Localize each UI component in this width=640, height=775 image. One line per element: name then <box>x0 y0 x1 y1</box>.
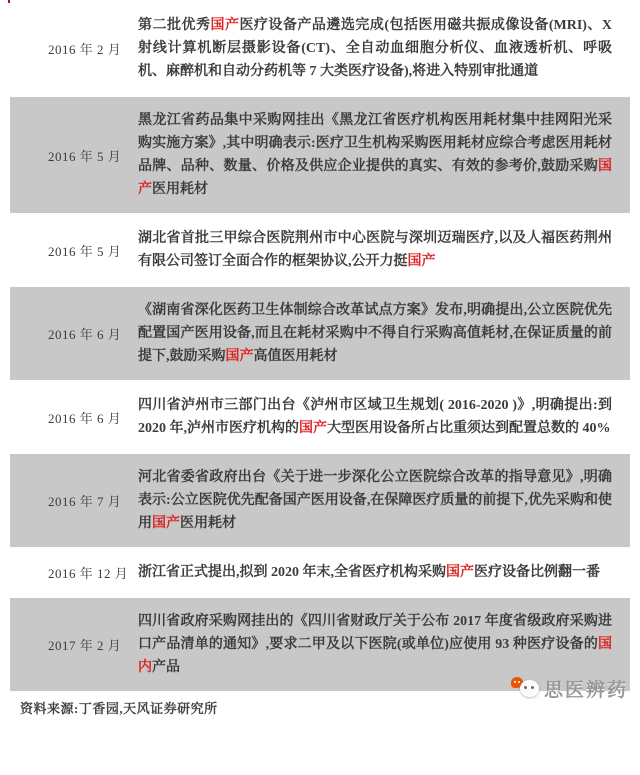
watermark-badge: 思医辨药 <box>510 675 628 702</box>
row-text-segment: 《湖南省深化医药卫生体制综合改革试点方案》发布,明确提出,公立医院优先配置国产医… <box>138 303 612 364</box>
timeline-row-2: 2016 年 5 月 黑龙江省药品集中采购网挂出《黑龙江省医疗机构医用耗材集中挂… <box>10 97 630 213</box>
row-text-segment: 浙江省正式提出,拟到 2020 年末,全省医疗机构采购 <box>138 565 446 580</box>
row-text-segment: 大型医用设备所占比重须达到配置总数的 40% <box>327 421 611 436</box>
row-text-segment: 医用耗材 <box>152 182 208 197</box>
row-text-segment: 医用耗材 <box>180 516 236 531</box>
row-text: 河北省委省政府出台《关于进一步深化公立医院综合改革的指导意见》,明确表示:公立医… <box>138 466 630 535</box>
timeline-row-1: 2016 年 2 月 第二批优秀国产医疗设备产品遴选完成(包括医用磁共振成像设备… <box>10 0 630 97</box>
row-text: 四川省政府采购网挂出的《四川省财政厅关于公布 2017 年度省级政府采购进口产品… <box>138 610 630 679</box>
row-date: 2016 年 5 月 <box>10 227 138 273</box>
highlight-domestic-term: 国产 <box>210 18 239 33</box>
timeline-row-3: 2016 年 5 月 湖北省首批三甲综合医院荆州市中心医院与深圳迈瑞医疗,以及人… <box>10 213 630 287</box>
highlight-domestic-term: 国产 <box>152 516 180 531</box>
row-date: 2016 年 7 月 <box>10 466 138 535</box>
row-text: 《湖南省深化医药卫生体制综合改革试点方案》发布,明确提出,公立医院优先配置国产医… <box>138 299 630 368</box>
row-date: 2016 年 6 月 <box>10 299 138 368</box>
watermark-label: 思医辨药 <box>544 675 628 702</box>
row-text: 黑龙江省药品集中采购网挂出《黑龙江省医疗机构医用耗材集中挂网阳光采购实施方案》,… <box>138 109 630 201</box>
row-text: 湖北省首批三甲综合医院荆州市中心医院与深圳迈瑞医疗,以及人福医药荆州有限公司签订… <box>138 227 630 273</box>
row-text-segment: 医疗设备比例翻一番 <box>474 565 600 580</box>
row-text: 浙江省正式提出,拟到 2020 年末,全省医疗机构采购国产医疗设备比例翻一番 <box>138 561 630 584</box>
timeline-row-4: 2016 年 6 月 《湖南省深化医药卫生体制综合改革试点方案》发布,明确提出,… <box>10 287 630 380</box>
row-date: 2016 年 12 月 <box>10 561 138 584</box>
highlight-domestic-term: 国产 <box>299 421 327 436</box>
row-date: 2016 年 2 月 <box>10 14 138 83</box>
row-text-segment: 高值医用耗材 <box>254 349 338 364</box>
highlight-domestic-term: 国产 <box>408 254 436 269</box>
row-date: 2016 年 6 月 <box>10 394 138 440</box>
highlight-domestic-term: 国产 <box>226 349 254 364</box>
row-text-segment: 湖北省首批三甲综合医院荆州市中心医院与深圳迈瑞医疗,以及人福医药荆州有限公司签订… <box>138 231 612 269</box>
row-date: 2017 年 2 月 <box>10 610 138 679</box>
wechat-icon <box>510 677 540 701</box>
row-text: 四川省泸州市三部门出台《泸州市区域卫生规划( 2016-2020 )》,明确提出… <box>138 394 630 440</box>
row-date: 2016 年 5 月 <box>10 109 138 201</box>
wechat-big-bubble-icon <box>520 680 539 697</box>
row-text: 第二批优秀国产医疗设备产品遴选完成(包括医用磁共振成像设备(MRI)、X 射线计… <box>138 14 630 83</box>
row-text-segment: 第二批优秀 <box>138 18 210 33</box>
row-text-segment: 四川省政府采购网挂出的《四川省财政厅关于公布 2017 年度省级政府采购进口产品… <box>138 614 612 652</box>
timeline-row-7: 2016 年 12 月 浙江省正式提出,拟到 2020 年末,全省医疗机构采购国… <box>10 547 630 598</box>
timeline-table: 2016 年 2 月 第二批优秀国产医疗设备产品遴选完成(包括医用磁共振成像设备… <box>10 0 630 691</box>
timeline-row-6: 2016 年 7 月 河北省委省政府出台《关于进一步深化公立医院综合改革的指导意… <box>10 454 630 547</box>
row-text-segment: 黑龙江省药品集中采购网挂出《黑龙江省医疗机构医用耗材集中挂网阳光采购实施方案》,… <box>138 113 612 174</box>
highlight-domestic-term: 国产 <box>446 565 474 580</box>
row-text-segment: 产品 <box>152 660 180 675</box>
timeline-row-5: 2016 年 6 月 四川省泸州市三部门出台《泸州市区域卫生规划( 2016-2… <box>10 380 630 454</box>
